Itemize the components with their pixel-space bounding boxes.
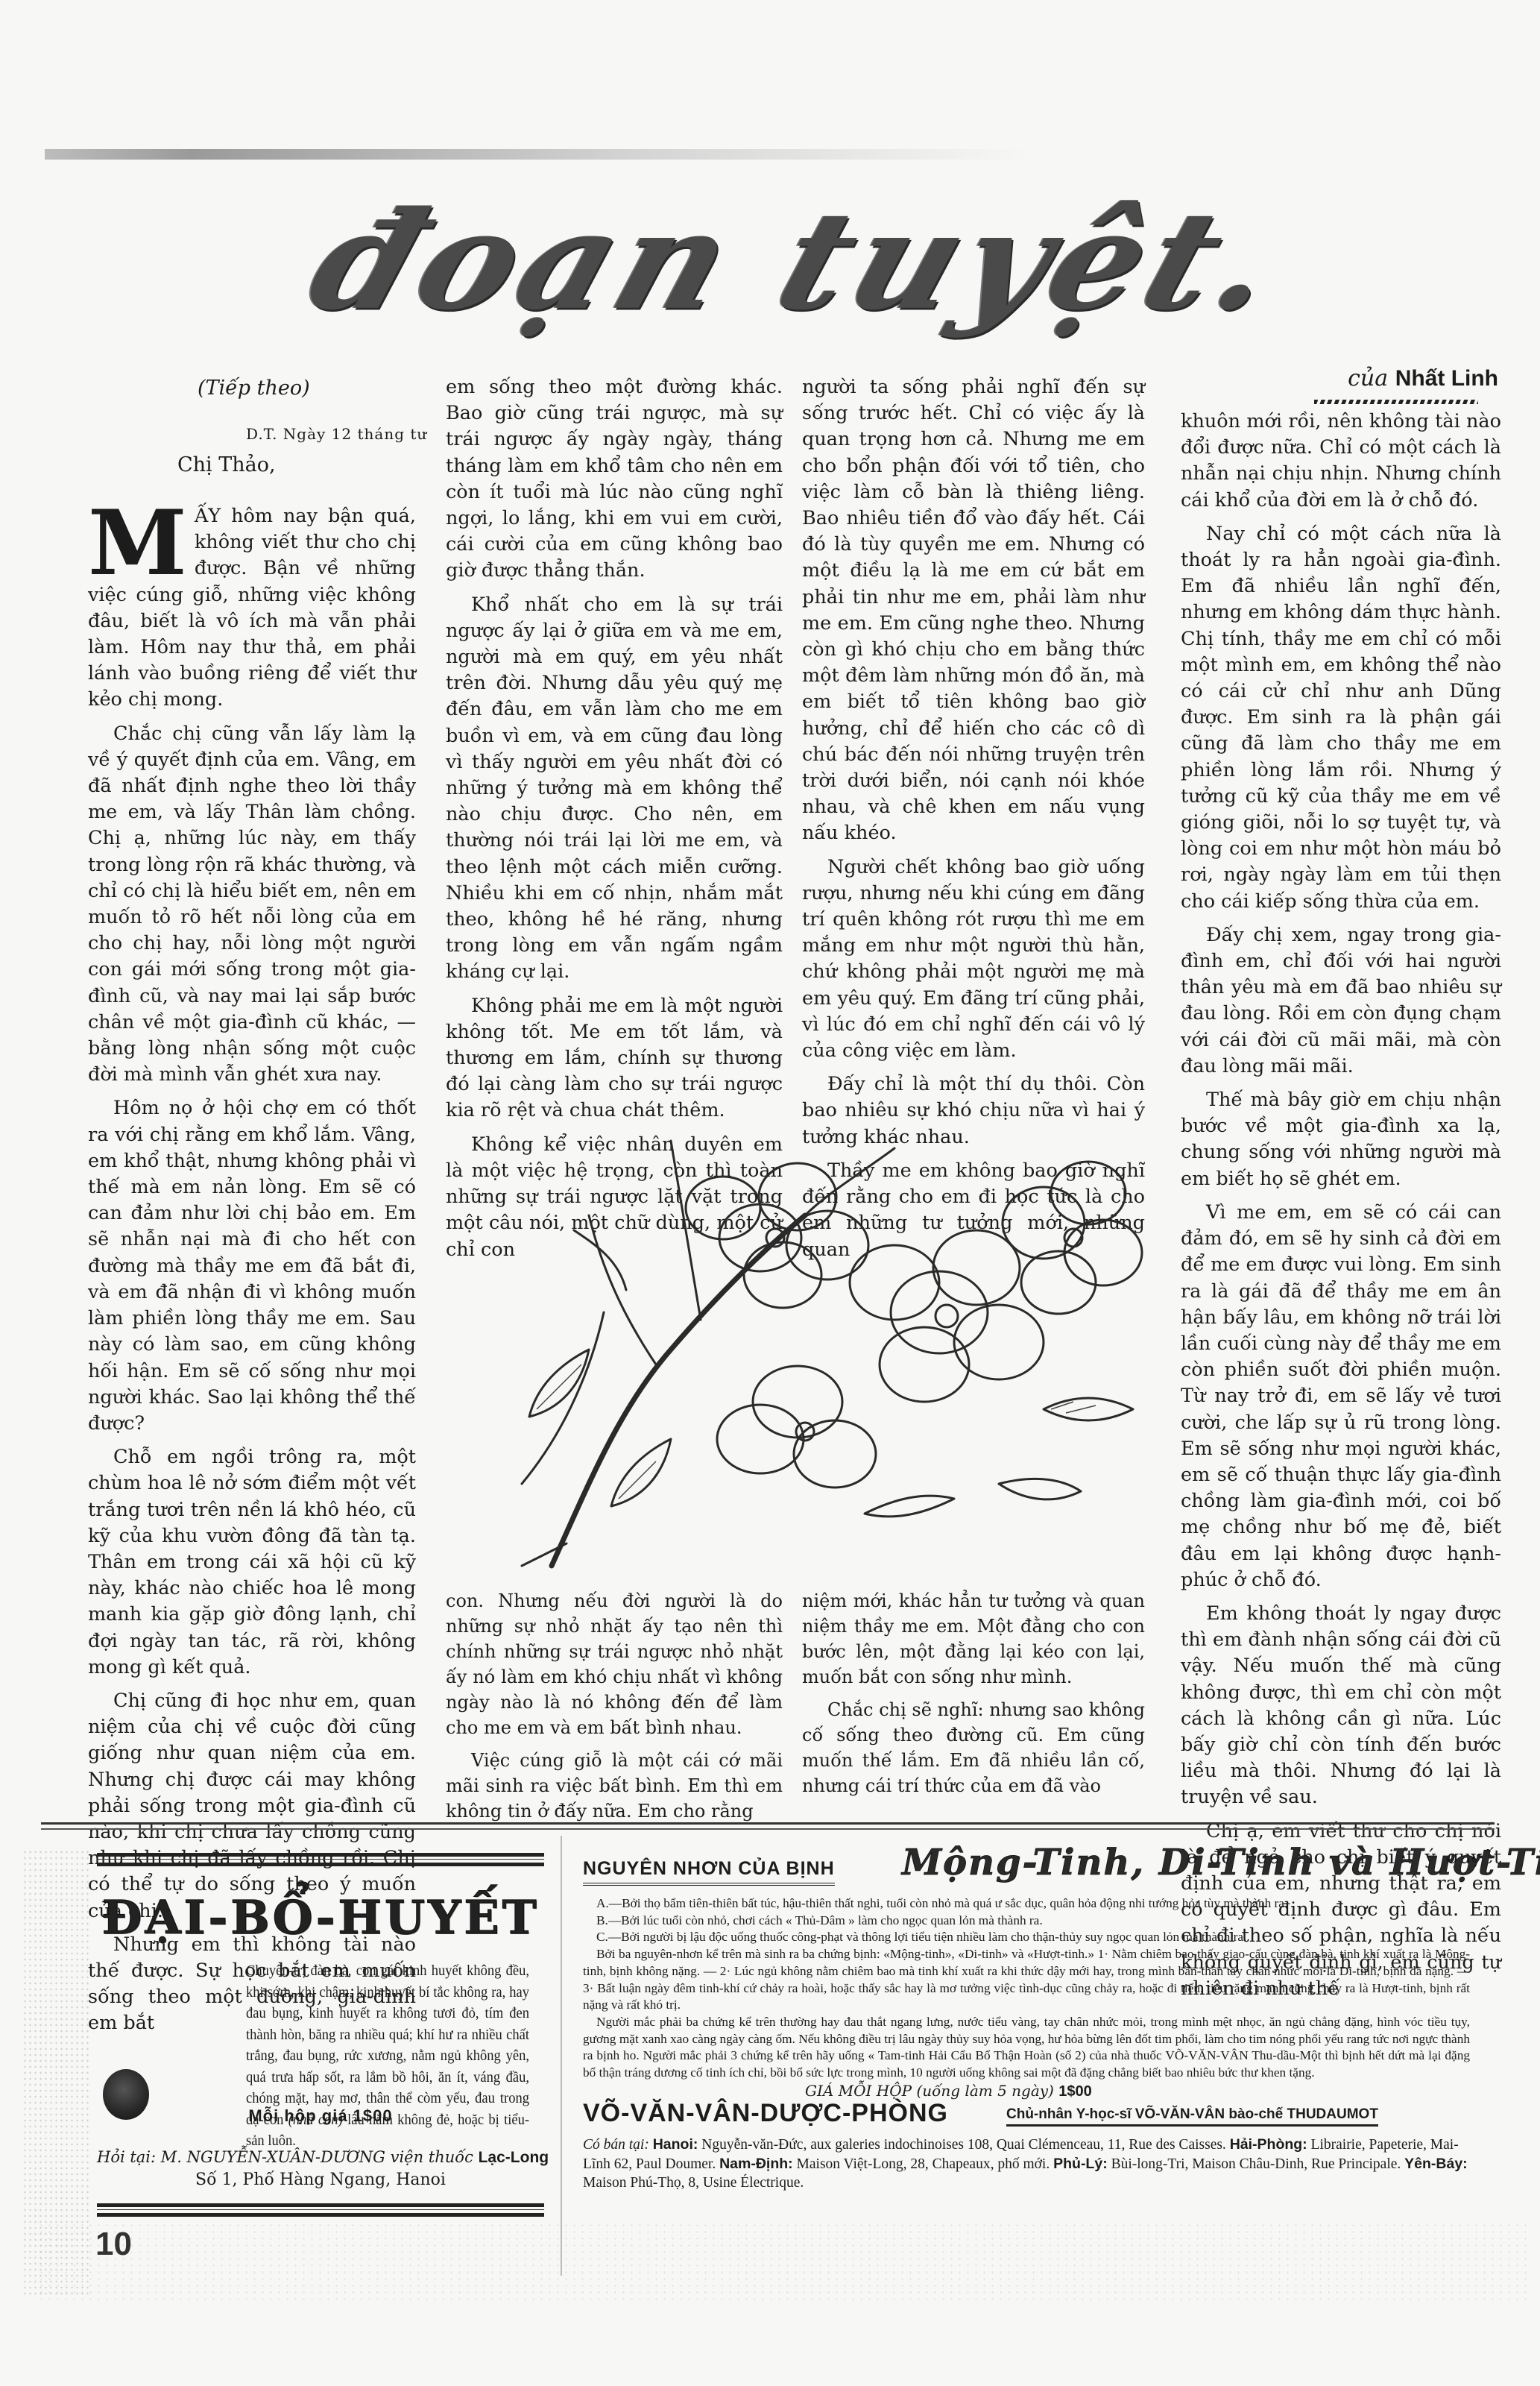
paragraph: Thế mà bây giờ em chịu nhận bước về một … bbox=[1181, 1087, 1501, 1192]
advertisement-dai-bo-huyet: ĐẠI-BỔ-HUYẾT Chuyên-trị đàn bà, con gái … bbox=[89, 1853, 537, 2270]
ad-title: Mộng-Tinh, Di-Tinh và Hượt-Tinh bbox=[902, 1842, 1540, 1883]
ad-title: ĐẠI-BỔ-HUYẾT bbox=[97, 1890, 544, 1945]
paragraph: Chắc chị cũng vẫn lấy làm lạ về ý quyết … bbox=[88, 721, 416, 1089]
ad-line: A.—Bởi thọ bẩm tiên-thiên bất túc, hậu-t… bbox=[583, 1895, 1470, 1913]
ad-divider bbox=[561, 1836, 562, 2276]
article-column-3-continued: niệm mới, khác hẳn tư tưởng và quan niệm… bbox=[802, 1588, 1145, 1806]
drop-cap: M bbox=[88, 506, 187, 581]
paragraph: Vì me em, em sẽ có cái can đảm đó, em sẽ… bbox=[1181, 1200, 1501, 1593]
article-headline: đoạn tuyệt. bbox=[148, 190, 1447, 332]
paragraph: niệm mới, khác hẳn tư tưởng và quan niệm… bbox=[802, 1588, 1145, 1690]
ad-sellers: Có bán tại: Hanoi: Nguyễn-văn-Đức, aux g… bbox=[583, 2135, 1470, 2193]
paragraph: Hôm nọ ở hội chợ em có thốt ra với chị r… bbox=[88, 1095, 416, 1437]
article-column-2-continued: con. Nhưng nếu đời người là do những sự … bbox=[446, 1588, 783, 1831]
ad-price: GIÁ MỖI HỘP (uống làm 5 ngày) 1$00 bbox=[805, 2082, 1092, 2100]
ad-rule-bottom bbox=[97, 2203, 544, 2217]
ad-address-line-1: Hỏi tại: M. NGUYỄN-XUÂN-DƯƠNG viện thuốc… bbox=[97, 2148, 552, 2167]
ad-brand: VÕ-VĂN-VÂN-DƯỢC-PHÒNG bbox=[583, 2099, 948, 2128]
article-bottom-rule bbox=[41, 1822, 1495, 1830]
paragraph: Không phải me em là một người không tốt.… bbox=[446, 993, 783, 1124]
paragraph: Việc cúng giỗ là một cái cớ mãi mãi sinh… bbox=[446, 1748, 783, 1824]
ad-line: B.—Bởi lúc tuổi còn nhỏ, chơi cách « Thủ… bbox=[583, 1913, 1470, 1930]
ad-address-line-2: Số 1, Phố Hàng Ngang, Hanoi bbox=[97, 2171, 544, 2189]
ad-line: Bởi ba nguyên-nhơn kể trên mà sinh ra ba… bbox=[583, 1946, 1470, 2014]
print-speckle bbox=[37, 2222, 1528, 2304]
paragraph: con. Nhưng nếu đời người là do những sự … bbox=[446, 1588, 783, 1740]
article-column-4: khuôn mới rồi, nên không tài nào đổi đượ… bbox=[1181, 409, 1501, 2009]
sellers-label: Có bán tại: bbox=[583, 2137, 649, 2153]
paragraph: Chỗ em ngồi trông ra, một chùm hoa lê nở… bbox=[88, 1444, 416, 1681]
article-column-1: MẤY hôm nay bận quá, không viết thư cho … bbox=[88, 503, 416, 2045]
continued-label: (Tiếp theo) bbox=[198, 377, 310, 400]
paragraph: khuôn mới rồi, nên không tài nào đổi đượ… bbox=[1181, 409, 1501, 514]
page-number: 10 bbox=[95, 2226, 132, 2263]
ad-line: Người mắc phải ba chứng kể trên thường h… bbox=[583, 2014, 1470, 2082]
paragraph: Chắc chị sẽ nghĩ: nhưng sao không cố sốn… bbox=[802, 1697, 1145, 1798]
ad-rule-top bbox=[97, 1853, 544, 1866]
letter-salutation: Chị Thảo, bbox=[177, 453, 276, 476]
blossom-illustration bbox=[477, 1126, 1163, 1573]
paragraph: MẤY hôm nay bận quá, không viết thư cho … bbox=[88, 503, 416, 714]
ad-owner: Chủ-nhân Y-học-sĩ VÕ-VĂN-VÂN bào-chế THU… bbox=[1006, 2106, 1378, 2127]
byline-author: Nhất Linh bbox=[1395, 366, 1498, 391]
byline-prefix: của bbox=[1348, 365, 1388, 391]
letter-dateline: D.T. Ngày 12 tháng tư bbox=[246, 425, 427, 443]
paragraph: Đấy chị xem, ngay trong gia-đình em, chỉ… bbox=[1181, 922, 1501, 1080]
paragraph: Nay chỉ có một cách nữa là thoát ly ra h… bbox=[1181, 521, 1501, 915]
ad-price: Mỗi hộp giá 1$00 bbox=[97, 2106, 544, 2126]
ad-line: C.—Bởi người bị lậu độc uống thuốc công-… bbox=[583, 1929, 1470, 1946]
paragraph: Người chết không bao giờ uống rượu, nhưn… bbox=[802, 854, 1145, 1065]
paragraph: em sống theo một đường khác. Bao giờ cũn… bbox=[446, 374, 783, 585]
paragraph: Em không thoát ly ngay được thì em đành … bbox=[1181, 1601, 1501, 1811]
ad-body: A.—Bởi thọ bẩm tiên-thiên bất túc, hậu-t… bbox=[583, 1895, 1470, 2082]
byline-underline bbox=[1314, 400, 1478, 404]
ad-kicker: NGUYÊN NHƠN CỦA BỊNH bbox=[583, 1858, 835, 1886]
top-decorative-rule bbox=[45, 149, 1029, 160]
paragraph: Khổ nhất cho em là sự trái ngược ấy lại … bbox=[446, 592, 783, 986]
byline: của Nhất Linh bbox=[1297, 365, 1498, 391]
pear-blossom-drawing-icon bbox=[477, 1126, 1163, 1573]
paragraph: người ta sống phải nghĩ đến sự sống trướ… bbox=[802, 374, 1145, 847]
